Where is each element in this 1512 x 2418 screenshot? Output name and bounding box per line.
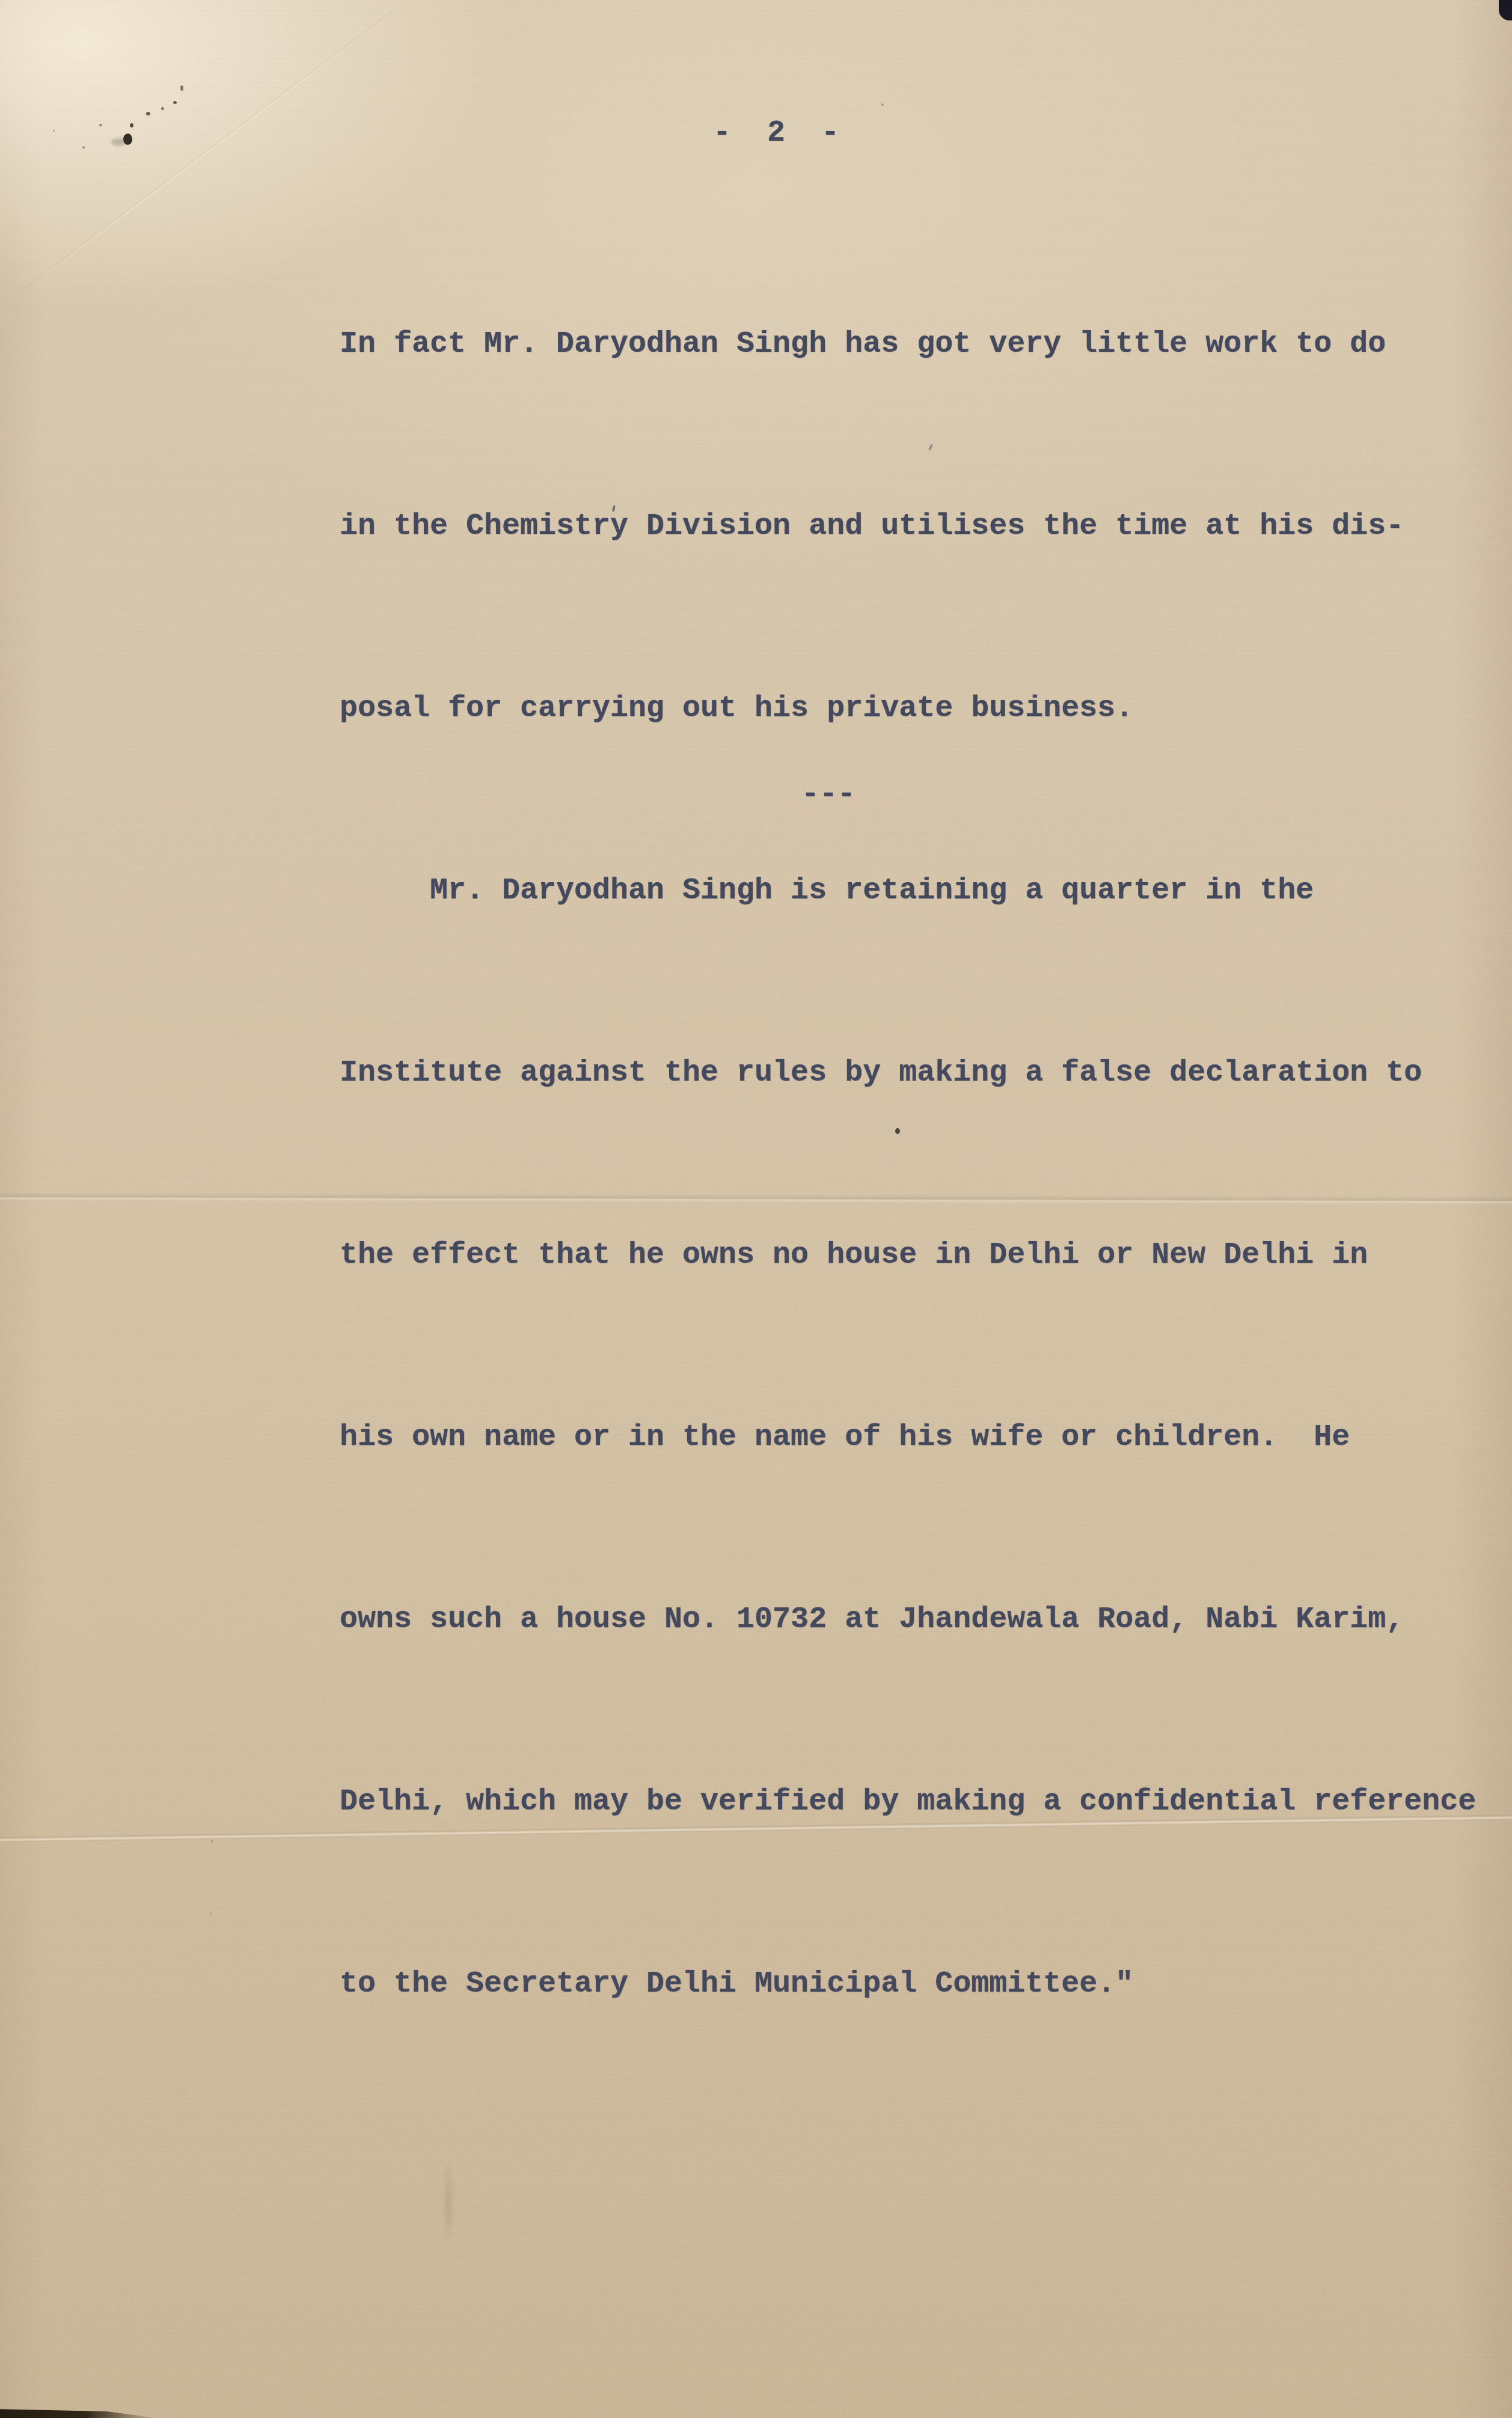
ink-smudge [111, 138, 127, 146]
ink-blot [82, 146, 85, 149]
ink-blot [146, 112, 150, 115]
text-line: Institute against the rules by making a … [340, 1043, 1476, 1103]
ink-blot [99, 124, 102, 126]
ink-blot [130, 123, 133, 127]
scanned-typewritten-page: - 2 - In fact Mr. Daryodhan Singh has go… [0, 0, 1512, 2418]
text-line: the effect that he owns no house in Delh… [340, 1225, 1476, 1286]
dark-speck [211, 1840, 213, 1843]
typed-dash-separator: --- [801, 780, 855, 810]
ink-blot [53, 130, 55, 132]
ink-blot [161, 107, 164, 110]
dark-speck [210, 1912, 212, 1915]
bottom-left-edge-shadow [0, 2407, 158, 2418]
ink-blot [180, 85, 183, 91]
text-line: In fact Mr. Daryodhan Singh has got very… [340, 314, 1476, 375]
text-line: owns such a house No. 10732 at Jhandewal… [340, 1589, 1476, 1650]
typed-text-block: In fact Mr. Daryodhan Singh has got very… [340, 192, 1476, 2136]
text-line: Delhi, which may be verified by making a… [340, 1772, 1476, 1832]
page-number: - 2 - [713, 118, 839, 149]
text-line: to the Secretary Delhi Municipal Committ… [340, 1954, 1476, 2014]
dark-speck [881, 103, 884, 106]
text-line: Mr. Daryodhan Singh is retaining a quart… [340, 861, 1476, 921]
paper-stain [442, 2160, 455, 2243]
text-line: posal for carrying out his private busin… [340, 678, 1476, 739]
text-line: in the Chemistry Division and utilises t… [340, 496, 1476, 557]
ink-blot [173, 101, 177, 104]
text-line: his own name or in the name of his wife … [340, 1407, 1476, 1468]
top-right-corner-mark [1499, 0, 1512, 20]
